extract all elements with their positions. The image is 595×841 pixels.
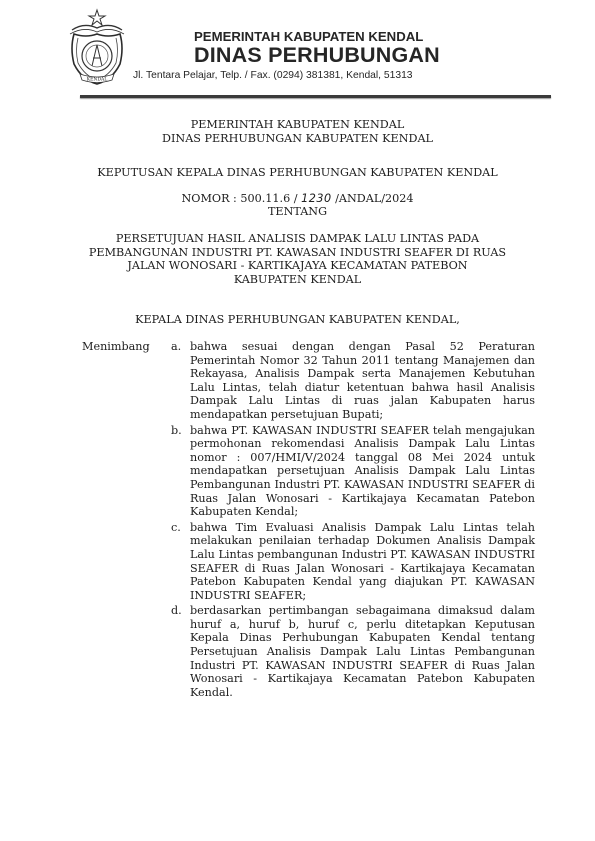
considerations-colon: : bbox=[146, 340, 150, 354]
subject-line: KABUPATEN KENDAL bbox=[70, 273, 525, 287]
consideration-item: c. bahwa Tim Evaluasi Analisis Dampak La… bbox=[190, 521, 535, 603]
item-text: bahwa Tim Evaluasi Analisis Dampak Lalu … bbox=[190, 521, 535, 603]
official-title: KEPALA DINAS PERHUBUNGAN KABUPATEN KENDA… bbox=[0, 313, 595, 326]
item-letter: a. bbox=[171, 340, 181, 354]
svg-text:KENDAL: KENDAL bbox=[87, 77, 107, 83]
considerations-label: Menimbang bbox=[82, 340, 150, 354]
decree-number-prefix: NOMOR : 500.11.6 / bbox=[181, 192, 297, 205]
coat-of-arms-icon: KENDAL bbox=[66, 8, 128, 88]
subject-line: JALAN WONOSARI - KARTIKAJAYA KECAMATAN P… bbox=[70, 259, 525, 273]
consideration-item: a. bahwa sesuai dengan dengan Pasal 52 P… bbox=[190, 340, 535, 422]
decree-title: KEPUTUSAN KEPALA DINAS PERHUBUNGAN KABUP… bbox=[0, 166, 595, 179]
about-label: TENTANG bbox=[0, 205, 595, 218]
decree-number-suffix: /ANDAL/2024 bbox=[335, 192, 413, 205]
item-letter: d. bbox=[171, 604, 182, 618]
item-text: bahwa PT. KAWASAN INDUSTRI SEAFER telah … bbox=[190, 424, 535, 519]
item-text: berdasarkan pertimbangan sebagaimana dim… bbox=[190, 604, 535, 699]
subject-line: PEMBANGUNAN INDUSTRI PT. KAWASAN INDUSTR… bbox=[70, 246, 525, 260]
letterhead-address: Jl. Tentara Pelajar, Telp. / Fax. (0294)… bbox=[133, 70, 413, 81]
subject-line: PERSETUJUAN HASIL ANALISIS DAMPAK LALU L… bbox=[70, 232, 525, 246]
letterhead-divider bbox=[80, 95, 551, 98]
issuer-line-1: PEMERINTAH KABUPATEN KENDAL bbox=[0, 118, 595, 131]
decree-number-handwritten: 1230 bbox=[301, 192, 331, 205]
item-text: bahwa sesuai dengan dengan Pasal 52 Pera… bbox=[190, 340, 535, 422]
letterhead-government: PEMERINTAH KABUPATEN KENDAL bbox=[194, 29, 423, 44]
decree-subject: PERSETUJUAN HASIL ANALISIS DAMPAK LALU L… bbox=[70, 232, 525, 286]
letterhead: KENDAL PEMERINTAH KABUPATEN KENDAL DINAS… bbox=[0, 0, 595, 100]
item-letter: b. bbox=[171, 424, 182, 438]
issuer-line-2: DINAS PERHUBUNGAN KABUPATEN KENDAL bbox=[0, 132, 595, 145]
letterhead-department: DINAS PERHUBUNGAN bbox=[194, 43, 440, 68]
consideration-item: b. bahwa PT. KAWASAN INDUSTRI SEAFER tel… bbox=[190, 424, 535, 519]
decree-number: NOMOR : 500.11.6 / 1230 /ANDAL/2024 bbox=[0, 192, 595, 205]
item-letter: c. bbox=[171, 521, 181, 535]
consideration-item: d. berdasarkan pertimbangan sebagaimana … bbox=[190, 604, 535, 699]
considerations-section: Menimbang : a. bahwa sesuai dengan denga… bbox=[82, 340, 542, 701]
